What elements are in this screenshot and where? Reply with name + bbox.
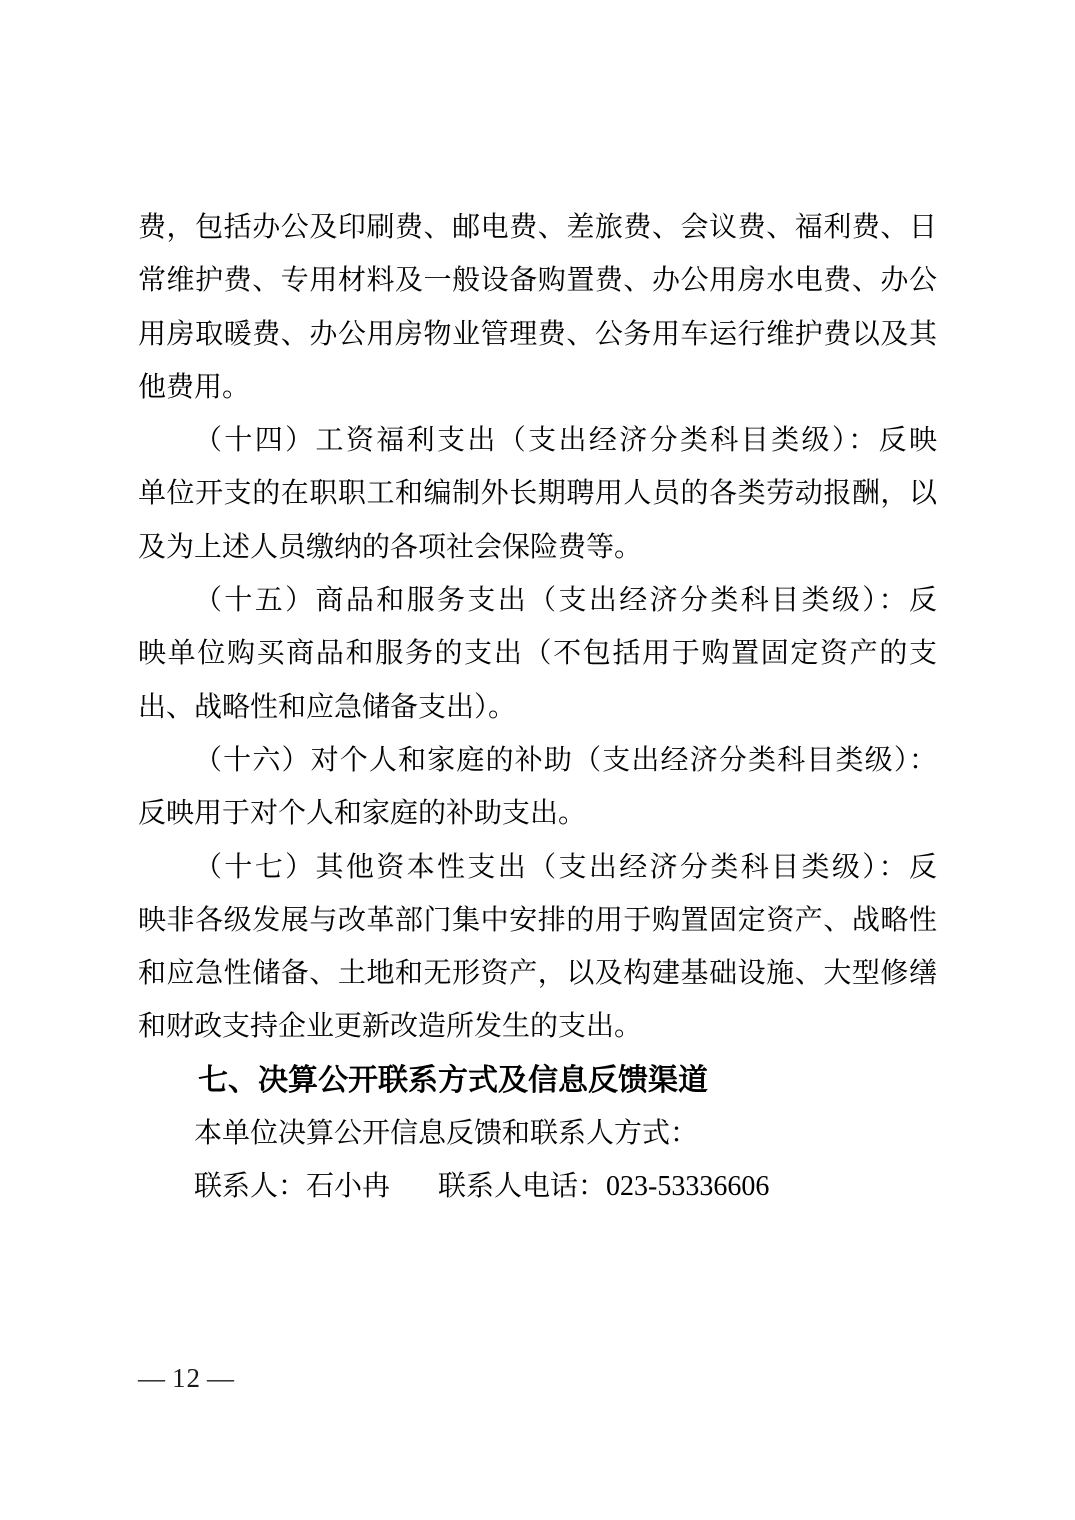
para-15-goods-services-expense: （十五）商品和服务支出（支出经济分类科目类级）：反映单位购买商品和服务的支出（不… — [138, 574, 937, 734]
heading-section-7-contact-feedback: 七、决算公开联系方式及信息反馈渠道 — [138, 1054, 937, 1107]
para-daily-office-expense-continued-line-4: 他费用。 — [138, 361, 937, 414]
footer-dash-right: — — [207, 1363, 235, 1393]
document-page: 费，包括办公及印刷费、邮电费、差旅费、会议费、福利费、日常维护费、专用材料及一般… — [0, 0, 1075, 1520]
para-15-goods-services-expense-line-3: 出、战略性和应急储备支出）。 — [138, 681, 937, 734]
para-14-wage-welfare-expense-line-2: 单位开支的在职职工和编制外长期聘用人员的各类劳动报酬，以 — [138, 467, 937, 520]
para-17-other-capital-expense: （十七）其他资本性支出（支出经济分类科目类级）：反映非各级发展与改革部门集中安排… — [138, 841, 937, 1054]
para-17-other-capital-expense-line-3: 和应急性储备、土地和无形资产，以及构建基础设施、大型修缮 — [138, 947, 937, 1000]
para-daily-office-expense-continued-line-2: 常维护费、专用材料及一般设备购置费、办公用房水电费、办公 — [138, 254, 937, 307]
footer-dash-left: — — [138, 1363, 166, 1393]
document-content: 费，包括办公及印刷费、邮电费、差旅费、会议费、福利费、日常维护费、专用材料及一般… — [138, 201, 937, 1214]
para-17-other-capital-expense-line-4: 和财政支持企业更新改造所发生的支出。 — [138, 1000, 937, 1053]
para-15-goods-services-expense-line-1: （十五）商品和服务支出（支出经济分类科目类级）：反 — [138, 574, 937, 627]
para-16-individual-family-subsidy-line-2: 反映用于对个人和家庭的补助支出。 — [138, 787, 937, 840]
contact-person-name: 石小冉 — [306, 1171, 390, 1202]
paragraph-list: 费，包括办公及印刷费、邮电费、差旅费、会议费、福利费、日常维护费、专用材料及一般… — [138, 201, 937, 1160]
contact-phone-label: 联系人电话： — [438, 1171, 606, 1202]
para-15-goods-services-expense-line-2: 映单位购买商品和服务的支出（不包括用于购置固定资产的支 — [138, 627, 937, 680]
para-feedback-intro-line-1: 本单位决算公开信息反馈和联系人方式： — [138, 1107, 937, 1160]
para-14-wage-welfare-expense: （十四）工资福利支出（支出经济分类科目类级）：反映单位开支的在职职工和编制外长期… — [138, 414, 937, 574]
para-16-individual-family-subsidy-line-1: （十六）对个人和家庭的补助（支出经济分类科目类级）： — [138, 734, 937, 787]
heading-section-7-contact-feedback-line-1: 七、决算公开联系方式及信息反馈渠道 — [138, 1054, 937, 1107]
page-number: 12 — [172, 1363, 201, 1393]
para-14-wage-welfare-expense-line-1: （十四）工资福利支出（支出经济分类科目类级）：反映 — [138, 414, 937, 467]
page-footer: —12— — [138, 1358, 235, 1398]
para-feedback-intro: 本单位决算公开信息反馈和联系人方式： — [138, 1107, 937, 1160]
para-17-other-capital-expense-line-1: （十七）其他资本性支出（支出经济分类科目类级）：反 — [138, 841, 937, 894]
para-16-individual-family-subsidy: （十六）对个人和家庭的补助（支出经济分类科目类级）：反映用于对个人和家庭的补助支… — [138, 734, 937, 841]
para-14-wage-welfare-expense-line-3: 及为上述人员缴纳的各项社会保险费等。 — [138, 521, 937, 574]
contact-phone-number: 023-53336606 — [606, 1171, 769, 1202]
contact-info-line: 联系人：石小冉联系人电话：023-53336606 — [138, 1160, 937, 1213]
para-daily-office-expense-continued-line-1: 费，包括办公及印刷费、邮电费、差旅费、会议费、福利费、日 — [138, 201, 937, 254]
para-daily-office-expense-continued: 费，包括办公及印刷费、邮电费、差旅费、会议费、福利费、日常维护费、专用材料及一般… — [138, 201, 937, 414]
para-daily-office-expense-continued-line-3: 用房取暖费、办公用房物业管理费、公务用车运行维护费以及其 — [138, 308, 937, 361]
contact-person-label: 联系人： — [194, 1171, 306, 1202]
para-17-other-capital-expense-line-2: 映非各级发展与改革部门集中安排的用于购置固定资产、战略性 — [138, 894, 937, 947]
